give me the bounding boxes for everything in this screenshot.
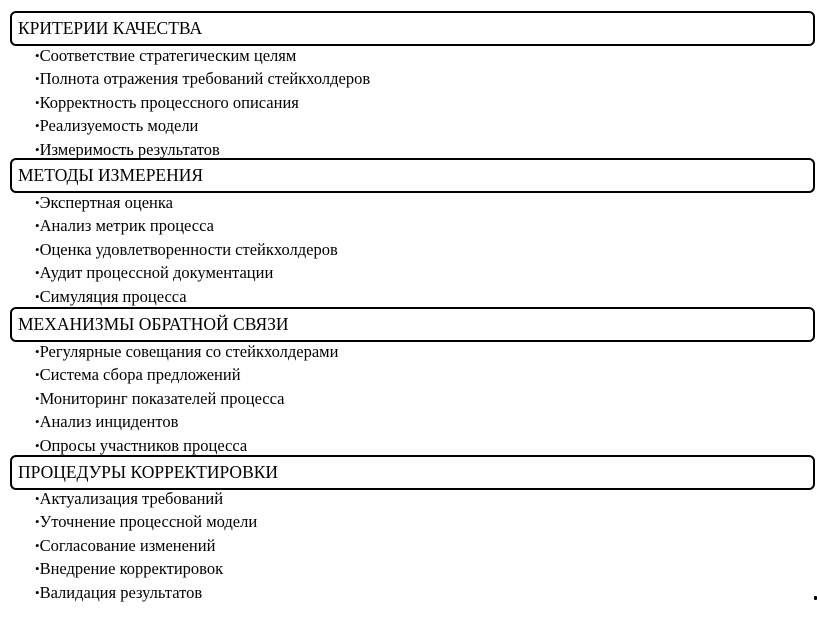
section-title: МЕХАНИЗМЫ ОБРАТНОЙ СВЯЗИ bbox=[18, 313, 289, 335]
section-title: МЕТОДЫ ИЗМЕРЕНИЯ bbox=[18, 164, 203, 186]
list-item: •Анализ инцидентов bbox=[35, 411, 338, 434]
list-item: •Валидация результатов bbox=[35, 582, 257, 605]
list-item: •Симуляция процесса bbox=[35, 286, 338, 309]
section-title: КРИТЕРИИ КАЧЕСТВА bbox=[18, 17, 202, 39]
list-item: •Мониторинг показателей процесса bbox=[35, 388, 338, 411]
list-item: •Соответствие стратегическим целям bbox=[35, 45, 370, 68]
section-items: •Экспертная оценка •Анализ метрик процес… bbox=[35, 192, 338, 309]
list-item: •Экспертная оценка bbox=[35, 192, 338, 215]
list-item: •Анализ метрик процесса bbox=[35, 215, 338, 238]
list-item: •Аудит процессной документации bbox=[35, 262, 338, 285]
section-items: •Регулярные совещания со стейкхолдерами … bbox=[35, 341, 338, 458]
section-items: •Соответствие стратегическим целям •Полн… bbox=[35, 45, 370, 162]
list-item: •Система сбора предложений bbox=[35, 364, 338, 387]
list-item: •Актуализация требований bbox=[35, 488, 257, 511]
section-header: ПРОЦЕДУРЫ КОРРЕКТИРОВКИ bbox=[10, 455, 815, 490]
list-item: •Оценка удовлетворенности стейкхолдеров bbox=[35, 239, 338, 262]
list-item: •Уточнение процессной модели bbox=[35, 511, 257, 534]
list-item: •Корректность процессного описания bbox=[35, 92, 370, 115]
section-header: МЕТОДЫ ИЗМЕРЕНИЯ bbox=[10, 158, 815, 193]
list-item: •Внедрение корректировок bbox=[35, 558, 257, 581]
list-item: •Полнота отражения требований стейкхолде… bbox=[35, 68, 370, 91]
section-header: МЕХАНИЗМЫ ОБРАТНОЙ СВЯЗИ bbox=[10, 307, 815, 342]
section-title: ПРОЦЕДУРЫ КОРРЕКТИРОВКИ bbox=[18, 461, 278, 483]
list-item: •Согласование изменений bbox=[35, 535, 257, 558]
list-item: •Регулярные совещания со стейкхолдерами bbox=[35, 341, 338, 364]
section-items: •Актуализация требований •Уточнение проц… bbox=[35, 488, 257, 605]
list-item: •Реализуемость модели bbox=[35, 115, 370, 138]
section-header: КРИТЕРИИ КАЧЕСТВА bbox=[10, 11, 815, 46]
